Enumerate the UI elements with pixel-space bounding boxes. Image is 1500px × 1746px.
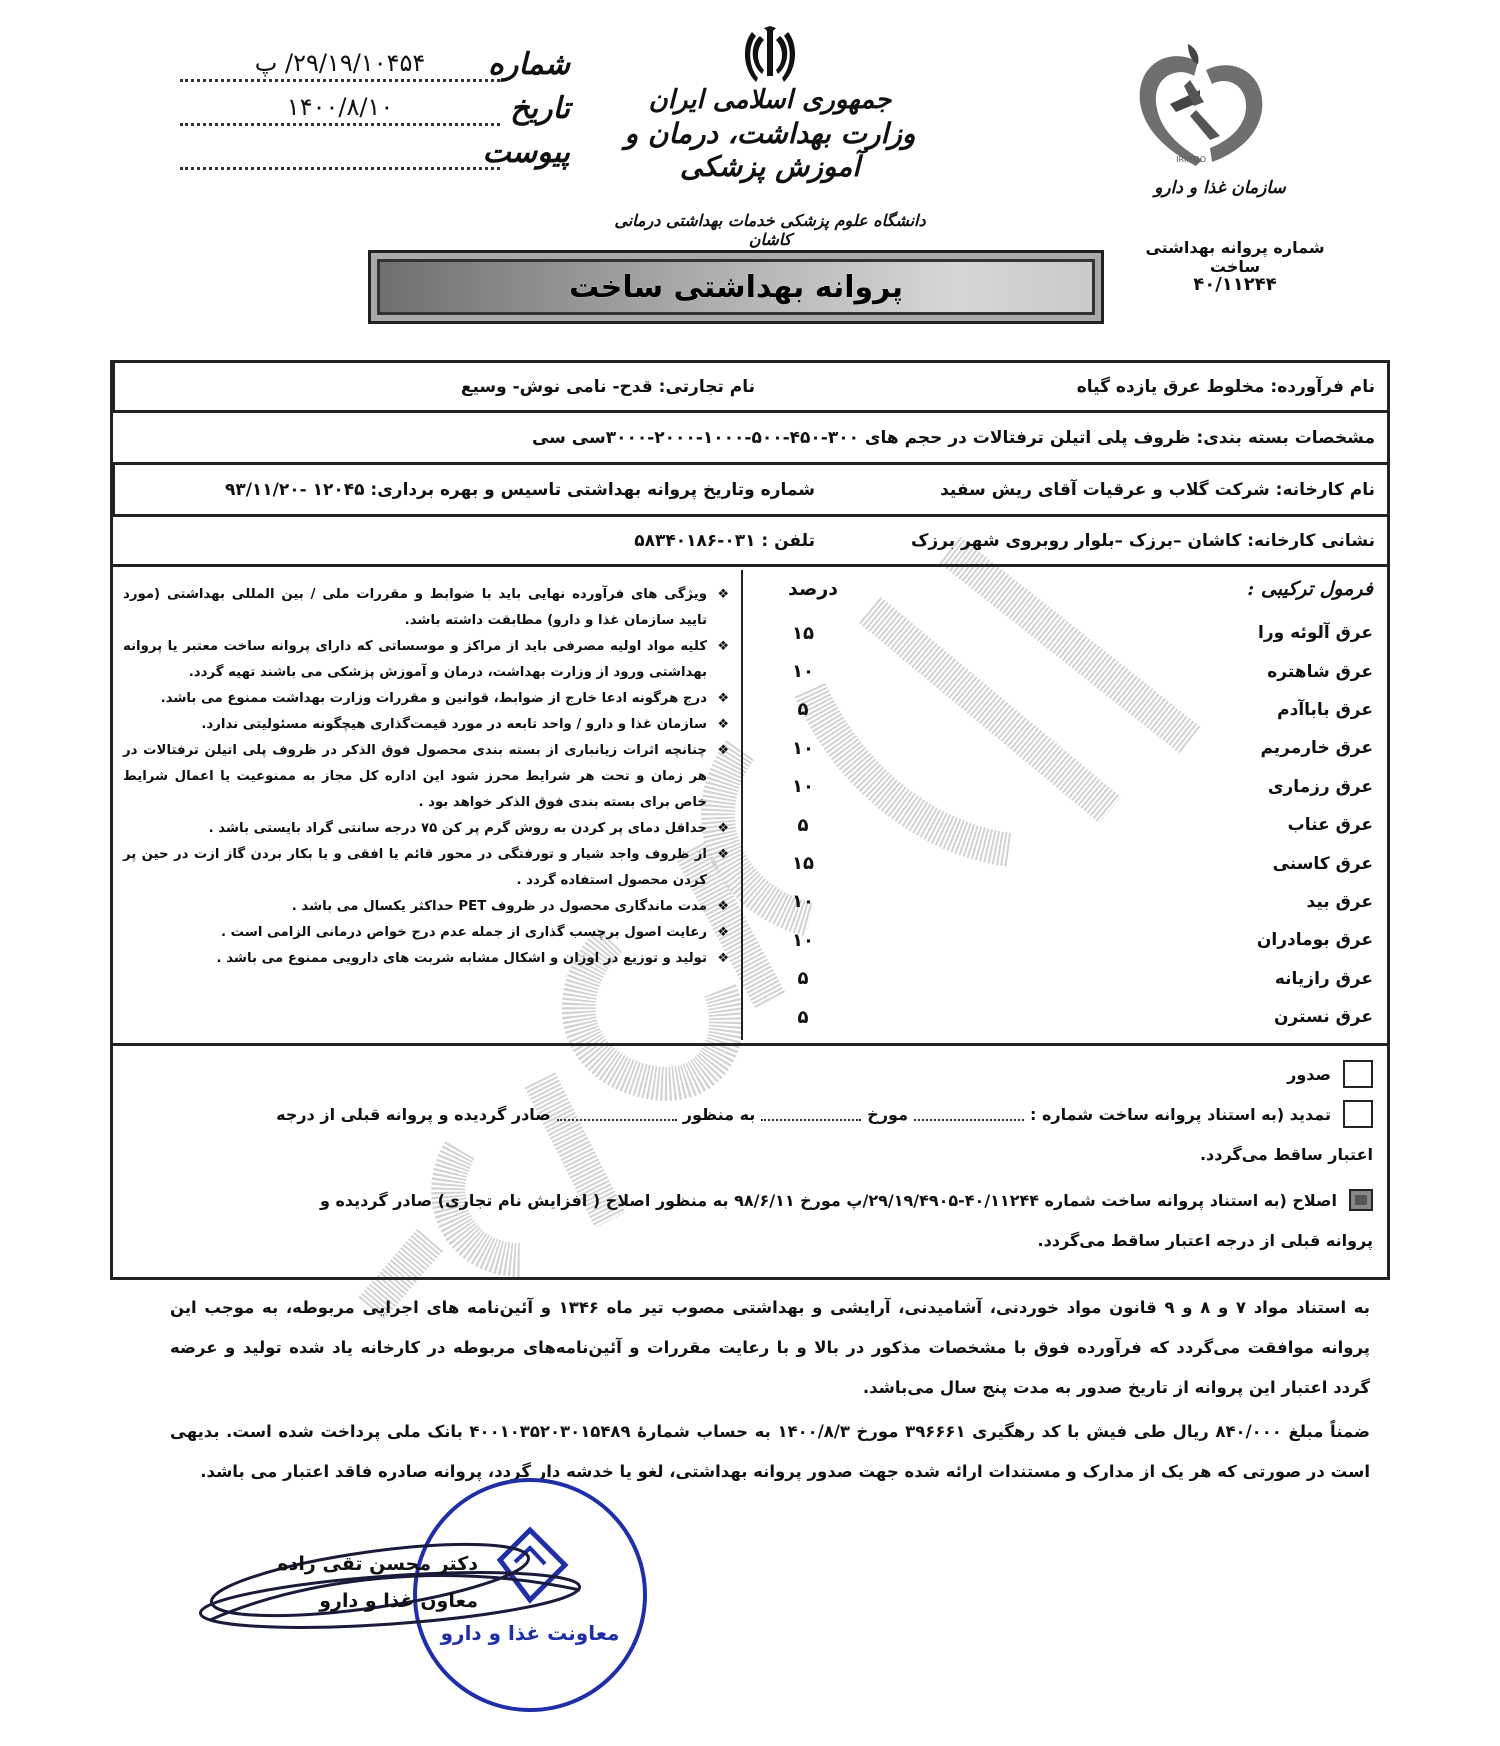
factory-address: نشانی کارخانه: کاشان –برزک –بلوار روبروی…	[827, 517, 1387, 564]
note-text: سازمان غذا و دارو / واحد تابعه در مورد ق…	[201, 717, 707, 732]
organization-name: سازمان غذا و دارو	[1150, 178, 1290, 198]
formula-title: فرمول ترکیبی :	[1247, 578, 1373, 614]
food-drug-organization-logo-icon: IRI.FDO	[1130, 40, 1270, 170]
formula-item: عرق رازیانه۵	[773, 960, 1373, 998]
formula-item: عرق باباآدم۵	[773, 691, 1373, 729]
ingredient-name: عرق آلوئه ورا	[1258, 623, 1373, 643]
formula-item: عرق بومادران۱۰	[773, 921, 1373, 959]
formula-item: عرق رزماری۱۰	[773, 768, 1373, 806]
renewal-purpose-blank	[557, 1107, 677, 1121]
ingredient-name: عرق نسترن	[1274, 1007, 1373, 1027]
table-row-address: نشانی کارخانه: کاشان –برزک –بلوار روبروی…	[113, 517, 1387, 567]
diamond-bullet-icon: ❖	[717, 842, 729, 868]
note-item: ❖تولید و توزیع در اوزان و اشکال مشابه شر…	[123, 946, 729, 972]
table-row-product: نام فرآورده: مخلوط عرق یازده گیاه نام تج…	[113, 363, 1387, 413]
diamond-bullet-icon: ❖	[717, 920, 729, 946]
table-row-packaging: مشخصات بسته بندی: ظروف پلی اتیلن ترفتالا…	[113, 413, 1387, 465]
formula-header: فرمول ترکیبی : درصد	[773, 578, 1373, 614]
signatory-name: دکتر محسن تقی زاده	[218, 1553, 478, 1575]
ingredient-name: عرق شاهتره	[1267, 662, 1373, 682]
renewal-number-blank	[914, 1107, 1024, 1121]
ingredient-percent: ۱۵	[773, 623, 833, 644]
attachment-label: پیوست	[500, 135, 570, 170]
issue-option: صدور	[127, 1054, 1373, 1094]
ingredient-percent: ۵	[773, 1007, 833, 1028]
note-item: ❖حداقل دمای پر کردن به روش گرم پر کن ۷۵ …	[123, 816, 729, 842]
table-row-factory: نام کارخانه: شرکت گلاب و عرقیات آقای ریش…	[113, 465, 1387, 517]
renewal-tail2: اعتبار ساقط می‌گردد.	[1200, 1145, 1373, 1164]
amendment-continued: پروانه قبلی از درجه اعتبار ساقط می‌گردد.	[127, 1220, 1373, 1260]
note-text: مدت ماندگاری محصول در ظروف PET حداکثر یک…	[292, 899, 707, 914]
legal-basis-paragraph: به استناد مواد ۷ و ۸ و ۹ قانون مواد خورد…	[170, 1288, 1370, 1408]
number-row: شماره ۲۹/۱۹/۱۰۴۵۴/ پ	[170, 38, 570, 82]
ingredient-percent: ۵	[773, 815, 833, 836]
amendment-text: اصلاح (به استناد پروانه ساخت شماره ۴۰/۱۱…	[320, 1191, 1337, 1210]
formula-list: فرمول ترکیبی : درصد عرق آلوئه ورا۱۵ عرق …	[773, 578, 1373, 1036]
date-row: تاریخ ۱۴۰۰/۸/۱۰	[170, 82, 570, 126]
note-item: ❖مدت ماندگاری محصول در ظروف PET حداکثر ی…	[123, 894, 729, 920]
number-label: شماره	[500, 47, 570, 82]
license-number-label: شماره پروانه بهداشتی ساخت	[1120, 238, 1350, 276]
document-title-banner: پروانه بهداشتی ساخت	[368, 250, 1104, 324]
formula-item: عرق خارمریم۱۰	[773, 729, 1373, 767]
ingredient-percent: ۱۰	[773, 930, 833, 951]
svg-text:IRI.FDO: IRI.FDO	[1176, 155, 1206, 164]
note-item: ❖سازمان غذا و دارو / واحد تابعه در مورد …	[123, 712, 729, 738]
amendment-checkbox[interactable]	[1349, 1189, 1373, 1211]
factory-name: نام کارخانه: شرکت گلاب و عرقیات آقای ریش…	[827, 465, 1387, 514]
factory-phone: تلفن : ۰۳۱-۵۸۳۴۰۱۸۶	[113, 517, 827, 564]
note-text: رعایت اصول برچسب گذاری از جمله عدم درج خ…	[221, 925, 707, 940]
note-text: کلیه مواد اولیه مصرفی باید از مراکز و مو…	[123, 639, 707, 680]
ingredient-percent: ۱۵	[773, 853, 833, 874]
ingredient-name: عرق رزماری	[1268, 777, 1373, 797]
renewal-dated-label: مورخ	[867, 1105, 908, 1124]
license-status-section: صدور تمدید (به استناد پروانه ساخت شماره …	[113, 1043, 1387, 1277]
diamond-bullet-icon: ❖	[717, 712, 729, 738]
signature-scribble-icon	[180, 1520, 600, 1650]
ingredient-name: عرق رازیانه	[1275, 969, 1373, 989]
formula-item: عرق بید۱۰	[773, 883, 1373, 921]
note-item: ❖درج هرگونه ادعا خارج از ضوابط، قوانین و…	[123, 686, 729, 712]
diamond-bullet-icon: ❖	[717, 894, 729, 920]
ingredient-percent: ۵	[773, 968, 833, 989]
diamond-bullet-icon: ❖	[717, 634, 729, 660]
note-item: ❖کلیه مواد اولیه مصرفی باید از مراکز و م…	[123, 634, 729, 686]
note-item: ❖چنانچه اثرات زیانباری از بسته بندی محصو…	[123, 738, 729, 816]
amendment-option: اصلاح (به استناد پروانه ساخت شماره ۴۰/۱۱…	[127, 1180, 1373, 1220]
ingredient-name: عرق بومادران	[1257, 930, 1373, 950]
brand-name: نام تجارتی: قدح- نامی نوش- وسیع	[113, 363, 767, 410]
republic-name: جمهوری اسلامی ایران	[600, 85, 940, 115]
document-title: پروانه بهداشتی ساخت	[569, 270, 903, 305]
attachment-row: پیوست	[170, 126, 570, 170]
renewal-checkbox[interactable]	[1343, 1100, 1373, 1128]
document-meta: شماره ۲۹/۱۹/۱۰۴۵۴/ پ تاریخ ۱۴۰۰/۸/۱۰ پیو…	[170, 38, 570, 170]
number-value: ۲۹/۱۹/۱۰۴۵۴/ پ	[180, 48, 500, 82]
ministry-name: وزارت بهداشت، درمان و آموزش پزشکی	[600, 117, 940, 183]
date-value: ۱۴۰۰/۸/۱۰	[180, 92, 500, 126]
renewal-date-blank	[761, 1107, 861, 1121]
notes-section: ❖ویژگی های فرآورده نهایی باید با ضوابط و…	[113, 570, 743, 1040]
renewal-continued: اعتبار ساقط می‌گردد.	[127, 1134, 1373, 1174]
packaging-spec: مشخصات بسته بندی: ظروف پلی اتیلن ترفتالا…	[113, 413, 1387, 462]
renewal-option: تمدید (به استناد پروانه ساخت شماره : مور…	[127, 1094, 1373, 1134]
note-text: از ظروف واجد شیار و تورفتگی در محور قائم…	[123, 847, 707, 888]
issue-checkbox[interactable]	[1343, 1060, 1373, 1088]
ingredient-percent: ۱۰	[773, 776, 833, 797]
license-number-value: ۴۰/۱۱۲۴۴	[1120, 274, 1350, 295]
note-text: ویژگی های فرآورده نهایی باید با ضوابط و …	[123, 587, 707, 628]
university-name: دانشگاه علوم پزشکی خدمات بهداشتی درمانی …	[600, 211, 940, 249]
formula-item: عرق شاهتره۱۰	[773, 652, 1373, 690]
note-text: حداقل دمای پر کردن به روش گرم پر کن ۷۵ د…	[209, 821, 707, 836]
ingredient-name: عرق کاسنی	[1273, 854, 1373, 874]
formula-item: عرق آلوئه ورا۱۵	[773, 614, 1373, 652]
ingredient-name: عرق باباآدم	[1277, 700, 1373, 720]
product-name: نام فرآورده: مخلوط عرق یازده گیاه	[767, 363, 1387, 410]
note-item: ❖از ظروف واجد شیار و تورفتگی در محور قائ…	[123, 842, 729, 894]
diamond-bullet-icon: ❖	[717, 582, 729, 608]
note-item: ❖رعایت اصول برچسب گذاری از جمله عدم درج …	[123, 920, 729, 946]
iran-emblem-icon	[742, 26, 798, 88]
formula-section: فرمول ترکیبی : درصد عرق آلوئه ورا۱۵ عرق …	[767, 570, 1387, 1040]
amendment-text2: پروانه قبلی از درجه اعتبار ساقط می‌گردد.	[1038, 1231, 1374, 1250]
license-details-table: نام فرآورده: مخلوط عرق یازده گیاه نام تج…	[110, 360, 1390, 1280]
ministry-header: جمهوری اسلامی ایران وزارت بهداشت، درمان …	[600, 85, 940, 249]
issue-label: صدور	[1287, 1065, 1331, 1084]
note-text: تولید و توزیع در اوزان و اشکال مشابه شرب…	[217, 951, 707, 966]
renewal-tail: صادر گردیده و پروانه قبلی از درجه	[276, 1105, 551, 1124]
payment-paragraph: ضمناً مبلغ ۸۴۰/۰۰۰ ریال طی فیش با کد رهگ…	[170, 1412, 1370, 1492]
ingredient-name: عرق عناب	[1288, 815, 1373, 835]
note-text: درج هرگونه ادعا خارج از ضوابط، قوانین و …	[161, 691, 707, 706]
ingredient-name: عرق خارمریم	[1260, 738, 1373, 758]
percent-header: درصد	[773, 578, 853, 614]
attachment-value	[180, 136, 500, 170]
diamond-bullet-icon: ❖	[717, 686, 729, 712]
ingredient-percent: ۱۰	[773, 891, 833, 912]
ingredient-name: عرق بید	[1307, 892, 1373, 912]
signatory-title: معاون غذا و دارو	[218, 1590, 478, 1612]
renewal-purpose-label: به منظور	[683, 1105, 756, 1124]
diamond-bullet-icon: ❖	[717, 816, 729, 842]
date-label: تاریخ	[500, 91, 570, 126]
note-text: چنانچه اثرات زیانباری از بسته بندی محصول…	[123, 743, 707, 810]
renewal-label: تمدید (به استناد پروانه ساخت شماره :	[1030, 1105, 1331, 1124]
diamond-bullet-icon: ❖	[717, 738, 729, 764]
ingredient-percent: ۵	[773, 699, 833, 720]
ingredient-percent: ۱۰	[773, 661, 833, 682]
diamond-bullet-icon: ❖	[717, 946, 729, 972]
note-item: ❖ویژگی های فرآورده نهایی باید با ضوابط و…	[123, 582, 729, 634]
formula-item: عرق عناب۵	[773, 806, 1373, 844]
column-divider	[741, 570, 743, 1040]
formula-item: عرق کاسنی۱۵	[773, 844, 1373, 882]
formula-item: عرق نسترن۵	[773, 998, 1373, 1036]
establishment-license: شماره وتاریخ پروانه بهداشتی تاسیس و بهره…	[113, 465, 827, 514]
ingredient-percent: ۱۰	[773, 738, 833, 759]
